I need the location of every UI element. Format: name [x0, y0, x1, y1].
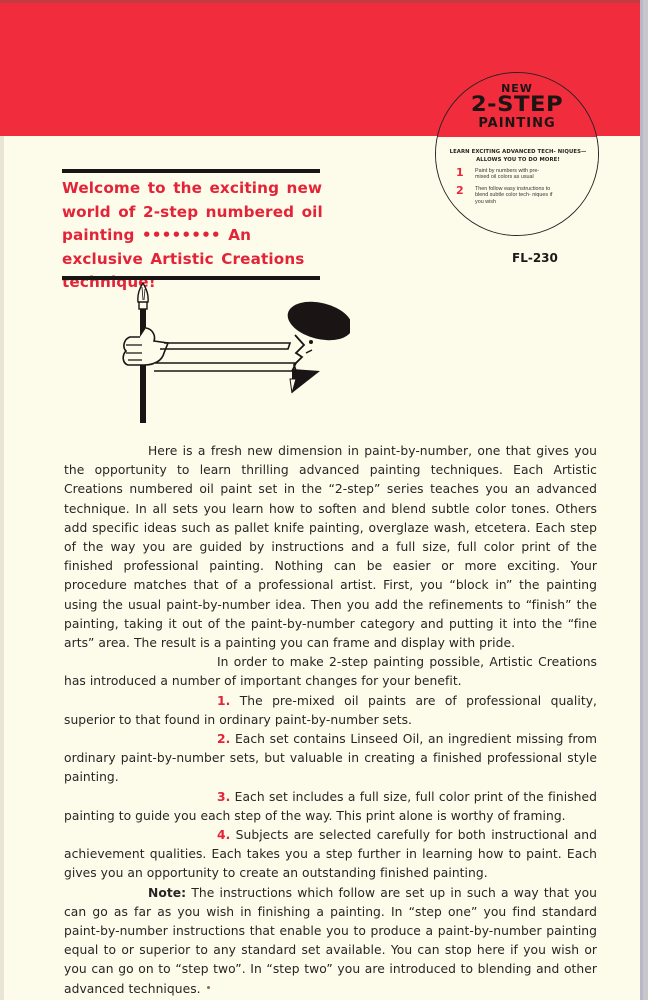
badge-item-text: Then follow easy instructions to blend s… [475, 186, 553, 205]
point-text: The pre-mixed oil paints are of professi… [64, 694, 597, 727]
badge-item-text: Paint by numbers with pre-mixed oil colo… [475, 168, 553, 181]
artist-with-brush-and-beret-icon [120, 283, 350, 423]
point-number: 4. [217, 828, 230, 842]
badge-title: 2-STEP [435, 92, 599, 116]
point-paragraph: 1. The pre-mixed oil paints are of profe… [64, 692, 597, 730]
point-number: 1. [217, 694, 230, 708]
headline-bottom-rule [62, 276, 320, 280]
badge-item: 1 Paint by numbers with pre-mixed oil co… [456, 168, 586, 181]
note-label: Note: [148, 886, 186, 900]
point-paragraph: 3. Each set includes a full size, full c… [64, 788, 597, 826]
badge-subtitle: PAINTING [436, 116, 598, 131]
badge-item-number: 2 [456, 186, 469, 196]
point-paragraph: 2. Each set contains Linseed Oil, an ing… [64, 730, 597, 788]
two-step-painting-badge: NEW 2-STEP PAINTING LEARN EXCITING ADVAN… [435, 72, 599, 236]
point-number: 2. [217, 732, 230, 746]
headline-top-rule [62, 169, 320, 173]
body-text: Here is a fresh new dimension in paint-b… [64, 442, 597, 999]
point-paragraph: 4. Subjects are selected carefully for b… [64, 826, 597, 884]
note-paragraph: Note: The instructions which follow are … [64, 884, 597, 999]
brochure-page: NEW 2-STEP PAINTING LEARN EXCITING ADVAN… [0, 0, 643, 1000]
badge-item-number: 1 [456, 168, 469, 178]
paper-speck [207, 986, 210, 989]
point-number: 3. [217, 790, 230, 804]
point-text: Each set includes a full size, full colo… [64, 790, 597, 823]
badge-item: 2 Then follow easy instructions to blend… [456, 186, 586, 205]
badge-tagline: LEARN EXCITING ADVANCED TECH- NIQUES—ALL… [448, 148, 588, 164]
product-code: FL-230 [512, 251, 558, 265]
point-text: Each set contains Linseed Oil, an ingred… [64, 732, 597, 784]
note-text: The instructions which follow are set up… [64, 886, 597, 996]
point-text: Subjects are selected carefully for both… [64, 828, 597, 880]
order-paragraph: In order to make 2-step painting possibl… [64, 653, 597, 691]
intro-paragraph: Here is a fresh new dimension in paint-b… [64, 442, 597, 653]
